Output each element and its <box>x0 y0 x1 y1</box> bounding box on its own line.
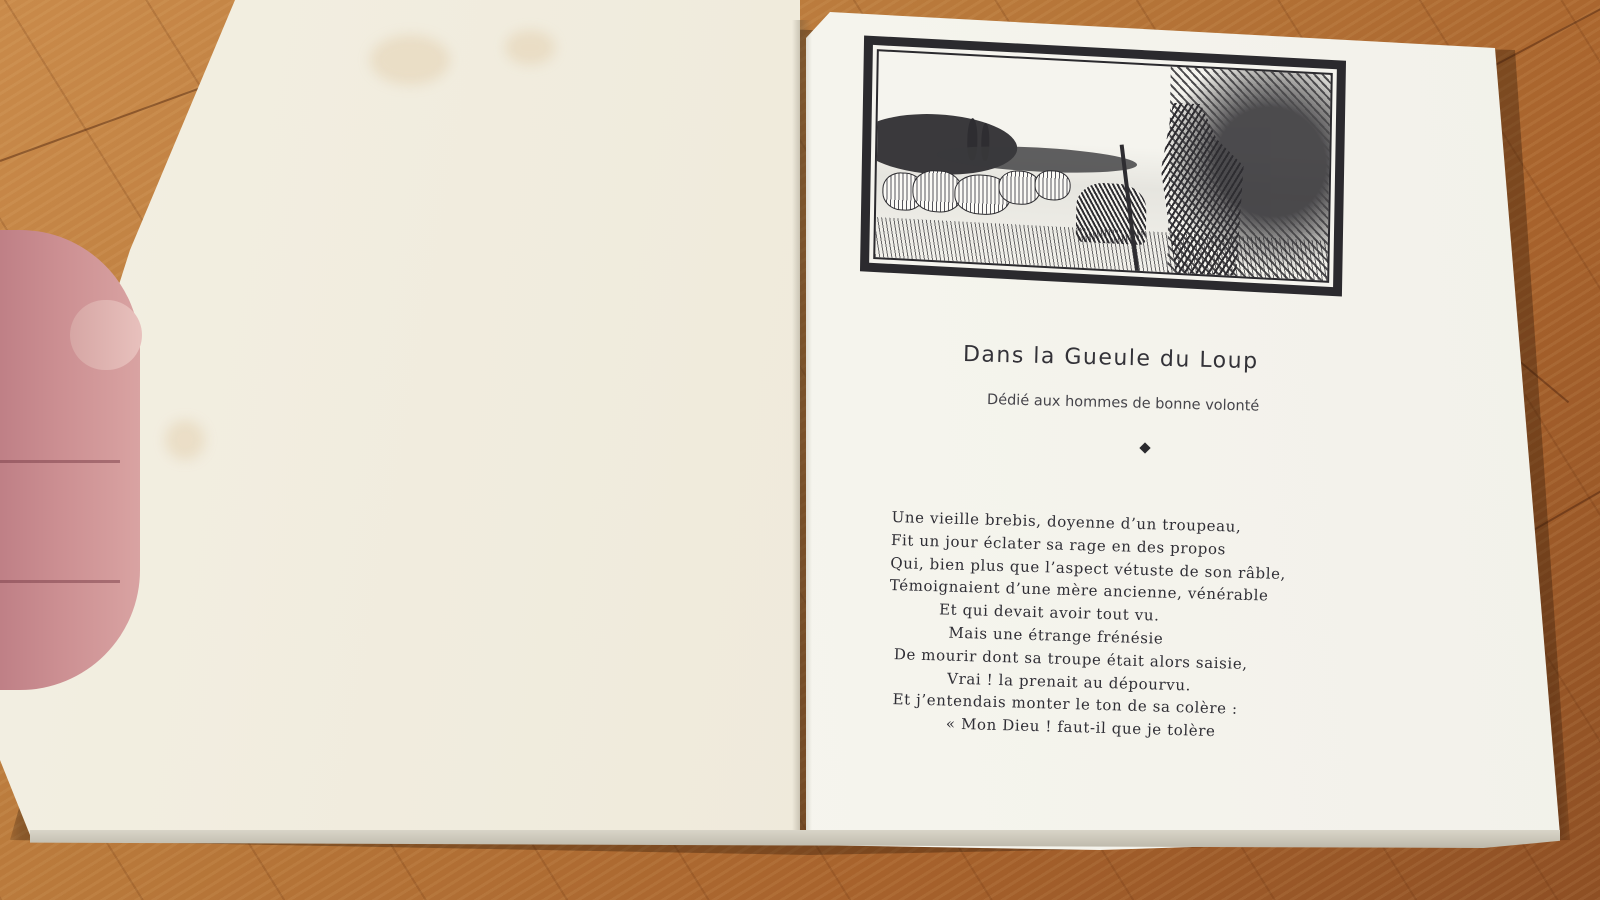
paper-stain <box>370 35 450 85</box>
paper-stain <box>165 420 205 460</box>
sheep <box>1034 169 1071 201</box>
illustration-frame <box>873 49 1333 283</box>
woodcut-illustration <box>860 35 1346 296</box>
poem-text: Une vieille brebis, doyenne d’un troupea… <box>886 506 1288 745</box>
page-edges <box>30 830 1560 848</box>
finger-crease <box>0 460 120 463</box>
finger-crease <box>0 580 120 583</box>
paper-stain <box>505 30 555 65</box>
thumbnail <box>70 300 142 370</box>
book-gutter <box>792 20 812 845</box>
